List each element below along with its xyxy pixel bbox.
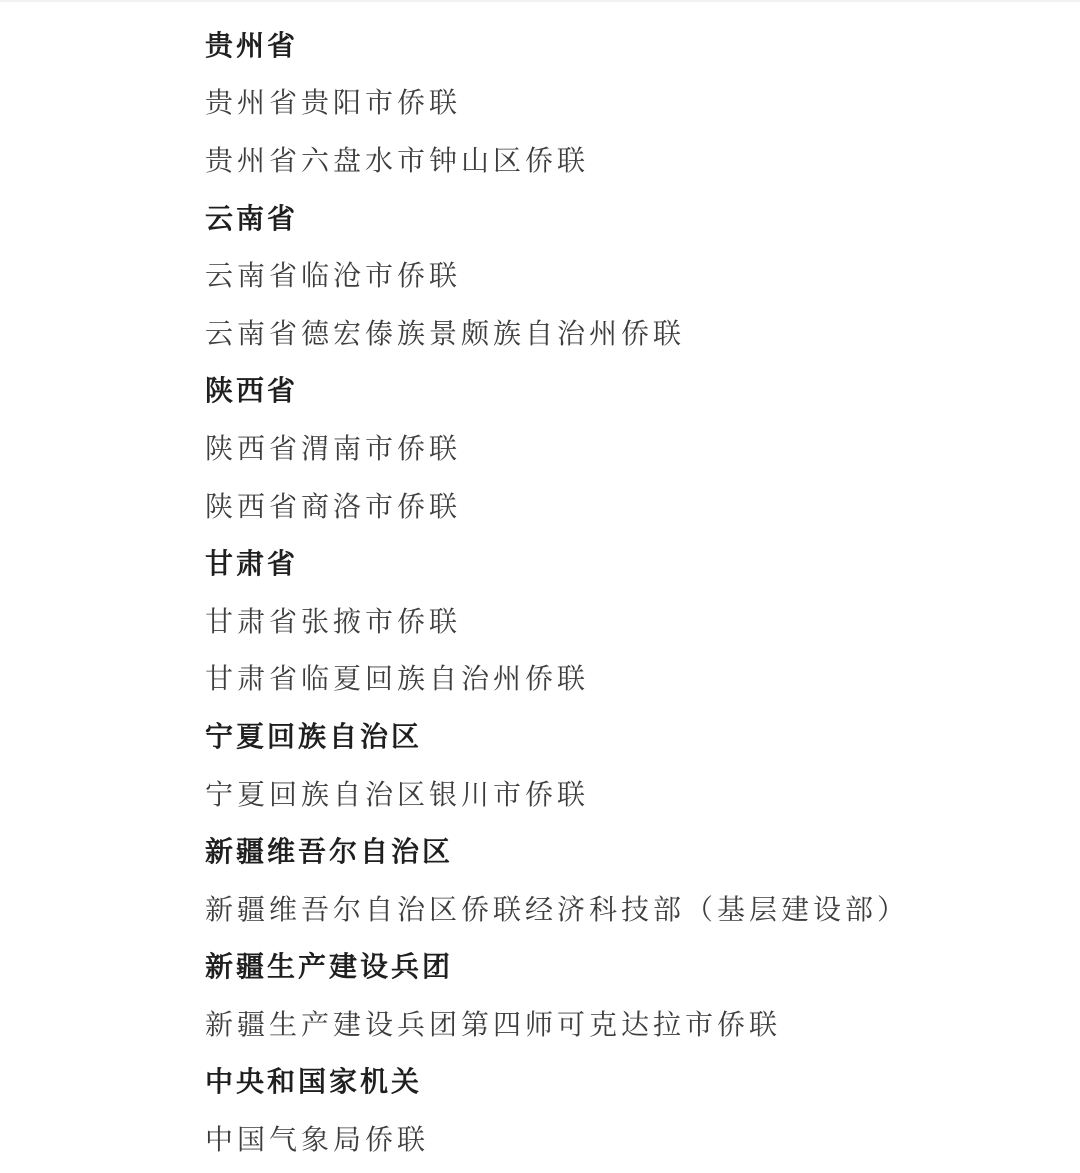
org-list-item: 云南省临沧市侨联 bbox=[205, 254, 461, 294]
section-heading: 陕西省 bbox=[205, 369, 298, 409]
province-section-central-state-organs: 中央和国家机关 中国气象局侨联 bbox=[205, 1052, 1040, 1167]
section-heading: 宁夏回族自治区 bbox=[205, 715, 422, 755]
org-list-item: 中国气象局侨联 bbox=[205, 1118, 429, 1158]
section-heading: 贵州省 bbox=[205, 24, 298, 64]
org-list-item: 新疆维吾尔自治区侨联经济科技部（基层建设部） bbox=[205, 888, 909, 928]
org-list-item: 甘肃省临夏回族自治州侨联 bbox=[205, 657, 589, 697]
section-heading: 中央和国家机关 bbox=[205, 1060, 422, 1100]
province-section-gansu: 甘肃省 甘肃省张掖市侨联 甘肃省临夏回族自治州侨联 bbox=[205, 533, 1040, 706]
province-section-ningxia: 宁夏回族自治区 宁夏回族自治区银川市侨联 bbox=[205, 706, 1040, 821]
section-heading: 新疆生产建设兵团 bbox=[205, 945, 453, 985]
section-heading: 甘肃省 bbox=[205, 542, 298, 582]
org-list-item: 贵州省六盘水市钟山区侨联 bbox=[205, 139, 589, 179]
article-body: 贵州省 贵州省贵阳市侨联 贵州省六盘水市钟山区侨联 云南省 云南省临沧市侨联 云… bbox=[0, 0, 1080, 1167]
section-heading: 新疆维吾尔自治区 bbox=[205, 830, 453, 870]
page-top-edge bbox=[0, 0, 1080, 2]
org-list-item: 贵州省贵阳市侨联 bbox=[205, 81, 461, 121]
org-list-item: 甘肃省张掖市侨联 bbox=[205, 600, 461, 640]
province-section-shaanxi: 陕西省 陕西省渭南市侨联 陕西省商洛市侨联 bbox=[205, 361, 1040, 534]
org-list-item: 云南省德宏傣族景颇族自治州侨联 bbox=[205, 312, 685, 352]
province-section-xinjiang: 新疆维吾尔自治区 新疆维吾尔自治区侨联经济科技部（基层建设部） bbox=[205, 821, 1040, 936]
province-section-guizhou: 贵州省 贵州省贵阳市侨联 贵州省六盘水市钟山区侨联 bbox=[205, 15, 1040, 188]
section-heading: 云南省 bbox=[205, 197, 298, 237]
org-list-item: 新疆生产建设兵团第四师可克达拉市侨联 bbox=[205, 1003, 781, 1043]
org-list-item: 宁夏回族自治区银川市侨联 bbox=[205, 773, 589, 813]
org-list-item: 陕西省渭南市侨联 bbox=[205, 427, 461, 467]
org-list-item: 陕西省商洛市侨联 bbox=[205, 485, 461, 525]
province-section-yunnan: 云南省 云南省临沧市侨联 云南省德宏傣族景颇族自治州侨联 bbox=[205, 188, 1040, 361]
province-section-bingtuan: 新疆生产建设兵团 新疆生产建设兵团第四师可克达拉市侨联 bbox=[205, 937, 1040, 1052]
